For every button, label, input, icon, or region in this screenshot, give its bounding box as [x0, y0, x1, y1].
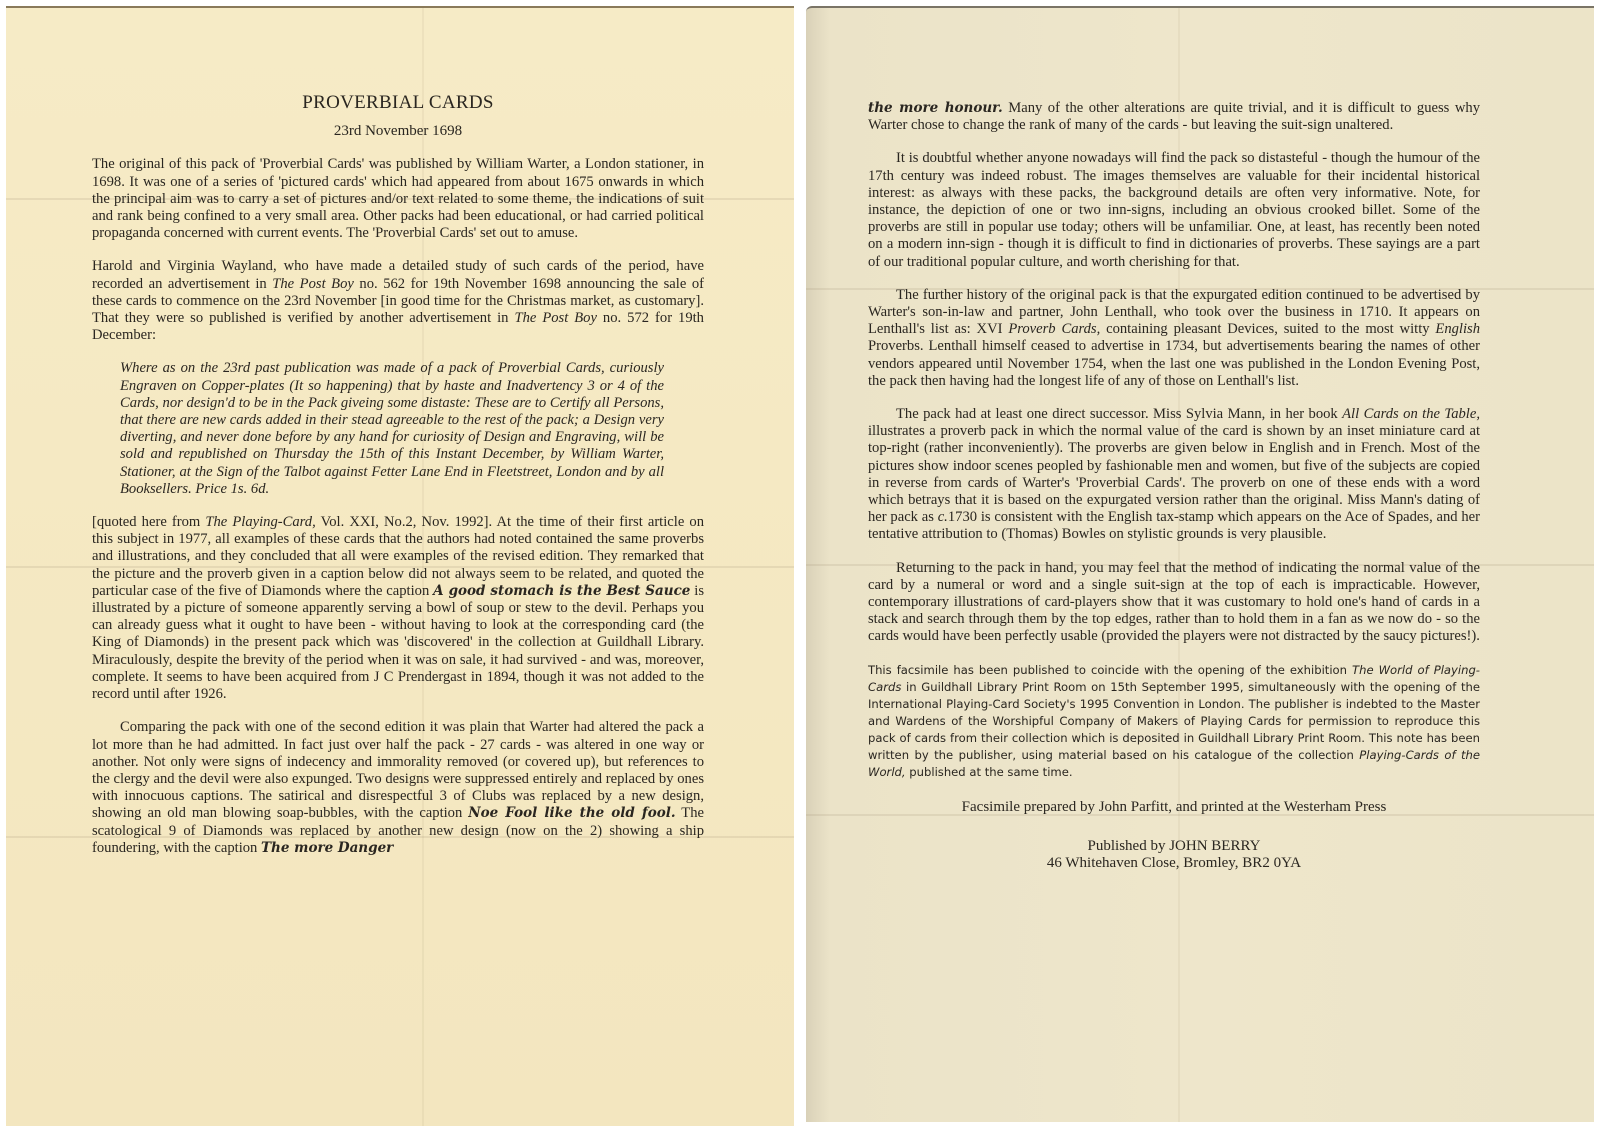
left-page: PROVERBIAL CARDS 23rd November 1698 The … — [6, 6, 794, 1126]
paragraph-comparing: Comparing the pack with one of the secon… — [92, 719, 704, 857]
paragraph-distasteful: It is doubtful whether anyone nowadays w… — [868, 150, 1480, 270]
left-page-content: PROVERBIAL CARDS 23rd November 1698 The … — [92, 94, 704, 873]
proverb-caption: the more honour. — [868, 100, 1003, 116]
facsimile-note: This facsimile has been published to coi… — [868, 662, 1480, 781]
proverb-caption: Noe Fool like the old fool. — [468, 805, 675, 821]
italic-title: The Post Boy — [272, 276, 354, 292]
advertisement-quote: Where as on the 23rd past publication wa… — [120, 360, 664, 498]
text-span: 1730 is consistent with the English tax-… — [868, 509, 1480, 542]
italic-title: The Post Boy — [514, 310, 597, 326]
paragraph-playing-card: [quoted here from The Playing-Card, Vol.… — [92, 514, 704, 703]
text-span: published at the same time. — [906, 765, 1073, 779]
text-span: This facsimile has been published to coi… — [868, 663, 1352, 677]
right-page: the more honour. Many of the other alter… — [806, 6, 1594, 1122]
paragraph-returning: Returning to the pack in hand, you may f… — [868, 560, 1480, 646]
text-span: containing pleasant Devices, suited to t… — [1100, 321, 1435, 337]
text-span: is illustrated by a picture of someone a… — [92, 583, 704, 702]
paragraph-history: The further history of the original pack… — [868, 287, 1480, 390]
text-span: The pack had at least one direct success… — [896, 406, 1342, 422]
right-page-content: the more honour. Many of the other alter… — [868, 100, 1480, 872]
document-title: PROVERBIAL CARDS — [92, 94, 704, 111]
paragraph-successor: The pack had at least one direct success… — [868, 406, 1480, 544]
italic-title: Proverb Cards, — [1008, 321, 1100, 337]
proverb-caption: A good stomach is the Best Sauce — [433, 583, 690, 599]
text-span: Proverbs. Lenthall himself ceased to adv… — [868, 338, 1480, 388]
text-span: [quoted here from — [92, 514, 205, 530]
paragraph-intro: The original of this pack of 'Proverbial… — [92, 156, 704, 242]
italic-title: English — [1435, 321, 1480, 337]
italic-title: The Playing-Card, — [205, 514, 315, 530]
proverb-caption: The more Danger — [261, 840, 393, 856]
publisher-name: Published by JOHN BERRY — [868, 838, 1480, 855]
document-date: 23rd November 1698 — [92, 123, 704, 140]
paragraph-honour: the more honour. Many of the other alter… — [868, 100, 1480, 134]
italic-title: All Cards on the Table, — [1342, 406, 1480, 422]
facsimile-credit: Facsimile prepared by John Parfitt, and … — [868, 799, 1480, 816]
italic-abbrev: c. — [938, 509, 948, 525]
paragraph-wayland: Harold and Virginia Wayland, who have ma… — [92, 258, 704, 344]
publisher-address: 46 Whitehaven Close, Bromley, BR2 0YA — [868, 855, 1480, 872]
